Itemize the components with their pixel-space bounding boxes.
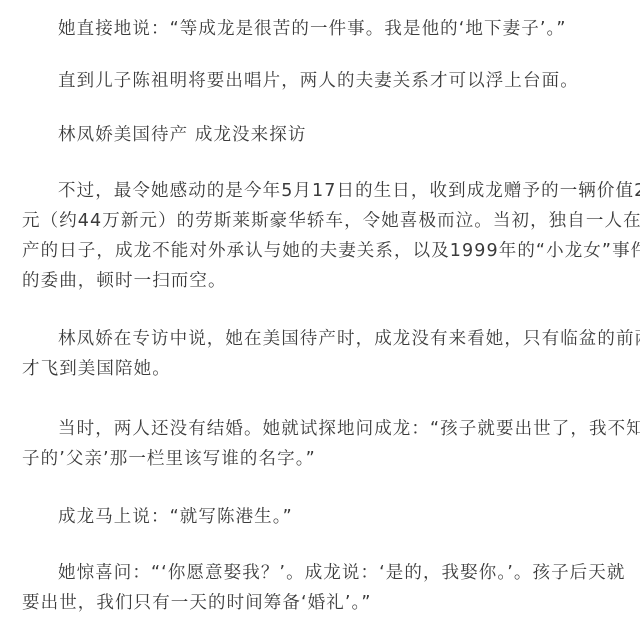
paragraph-8-line-1: 她惊喜问：“‘你愿意娶我？’。成龙说：‘是的，我娶你。’。孩子后天就 bbox=[58, 562, 625, 584]
paragraph-6-line-1: 当时，两人还没有结婚。她就试探地问成龙：“孩子就要出世了，我不知道孩 bbox=[58, 418, 640, 440]
paragraph-8-line-2: 要出世，我们只有一天的时间筹备‘婚礼’。” bbox=[22, 592, 372, 614]
section-heading: 林凤娇美国待产 成龙没来探访 bbox=[58, 124, 306, 146]
paragraph-2-line-1: 直到儿子陈祖明将要出唱片，两人的夫妻关系才可以浮上台面。 bbox=[58, 70, 579, 92]
paragraph-4-line-4: 的委曲，顿时一扫而空。 bbox=[22, 270, 227, 292]
paragraph-4-line-2: 元（约44万新元）的劳斯莱斯豪华轿车，令她喜极而泣。当初，独自一人在美国待 bbox=[22, 210, 640, 232]
paragraph-4-line-3: 产的日子，成龙不能对外承认与她的夫妻关系，以及1999年的“小龙女”事件所受 bbox=[22, 240, 640, 262]
paragraph-1-line-1: 她直接地说：“等成龙是很苦的一件事。我是他的‘地下妻子’。” bbox=[58, 18, 567, 40]
paragraph-7-line-1: 成龙马上说：“就写陈港生。” bbox=[58, 506, 293, 528]
paragraph-5-line-2: 才飞到美国陪她。 bbox=[22, 358, 171, 380]
paragraph-4-line-1: 不过，最令她感动的是今年5月17日的生日，收到成龙赠予的一辆价值200万港 bbox=[58, 180, 640, 202]
paragraph-5-line-1: 林凤娇在专访中说，她在美国待产时，成龙没有来看她，只有临盆的前两天， bbox=[58, 328, 640, 350]
paragraph-6-line-2: 子的’父亲’那一栏里该写谁的名字。” bbox=[22, 448, 316, 470]
